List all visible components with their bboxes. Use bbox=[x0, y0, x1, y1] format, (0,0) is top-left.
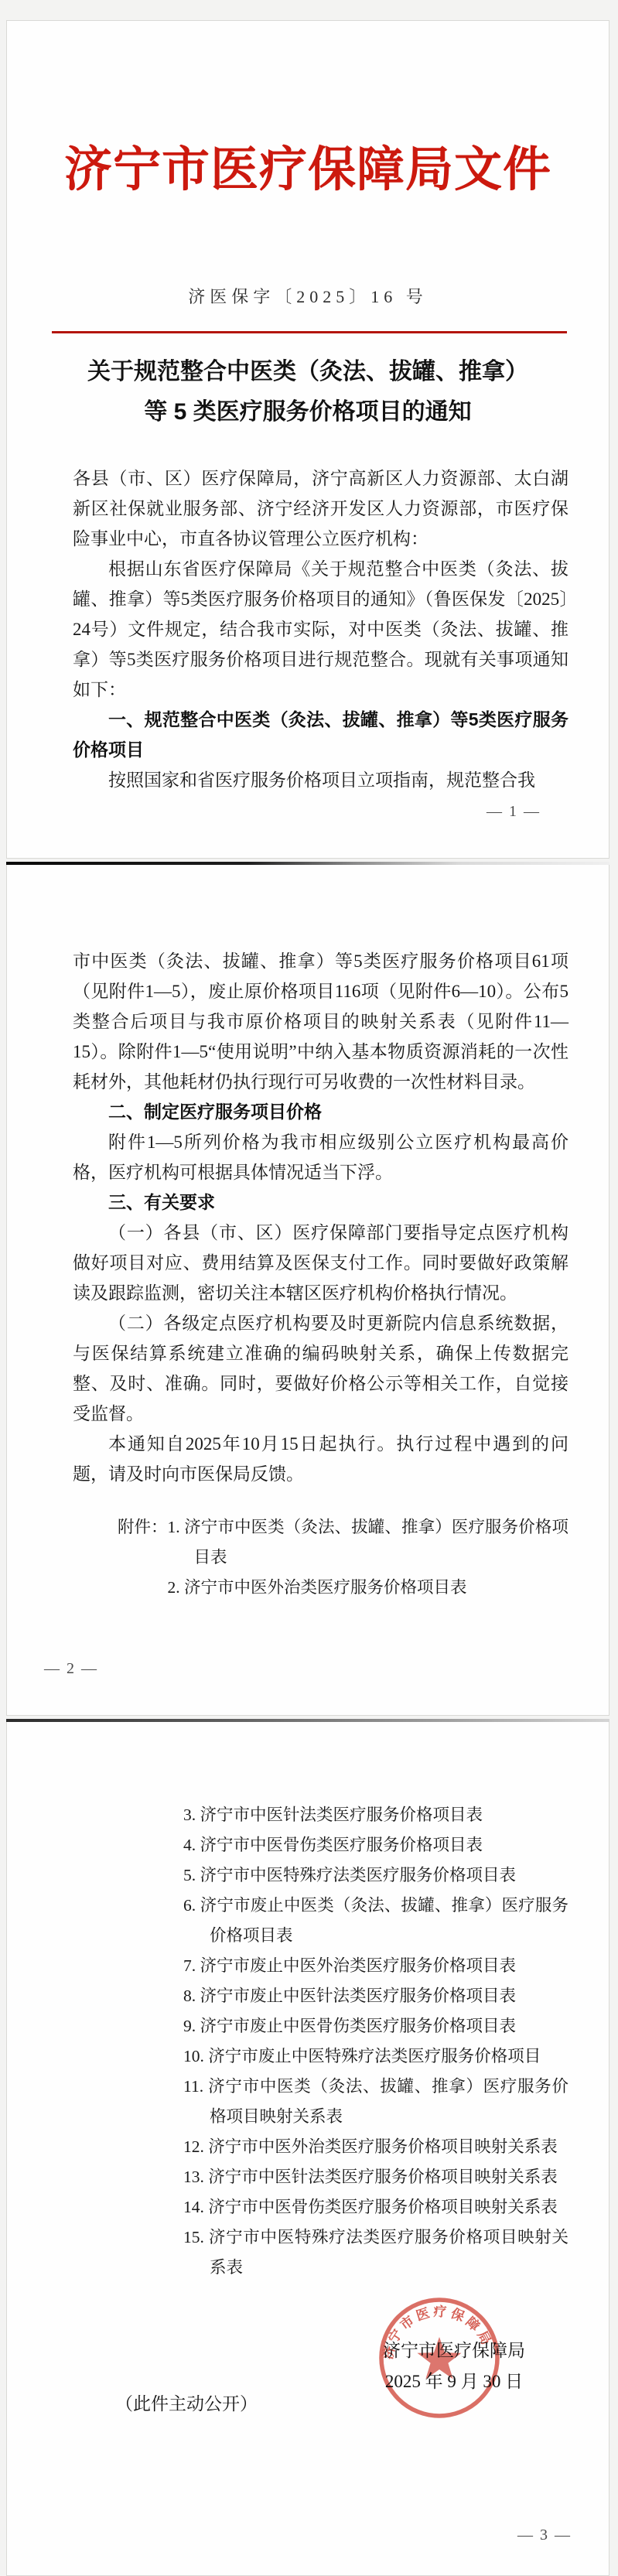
attachments-list-page3: 3. 济宁市中医针法类医疗服务价格项目表 4. 济宁市中医骨伤类医疗服务价格项目… bbox=[183, 1800, 568, 2283]
page3-body: 3. 济宁市中医针法类医疗服务价格项目表 4. 济宁市中医骨伤类医疗服务价格项目… bbox=[7, 1800, 609, 2283]
document-page-1: 济宁市医疗保障局文件 济医保字〔2025〕16 号 关于规范整合中医类（灸法、拔… bbox=[6, 20, 609, 859]
attachment-item: 14. 济宁市中医骨伤类医疗服务价格项目映射关系表 bbox=[183, 2192, 568, 2222]
section2-body: 附件1—5所列价格为我市相应级别公立医疗机构最高价格，医疗机构可根据具体情况适当… bbox=[73, 1127, 568, 1187]
requirement-item-2: （二）各级定点医疗机构要及时更新院内信息系统数据，与医保结算系统建立准确的编码映… bbox=[73, 1308, 568, 1429]
attachment-item: 13. 济宁市中医针法类医疗服务价格项目映射关系表 bbox=[183, 2162, 568, 2192]
salutation-paragraph: 各县（市、区）医疗保障局，济宁高新区人力资源部、太白湖新区社保就业服务部、济宁经… bbox=[73, 463, 568, 554]
attachment-item: 6. 济宁市废止中医类（灸法、拔罐、推拿）医疗服务价格项目表 bbox=[183, 1891, 568, 1951]
agency-header-title: 济宁市医疗保障局文件 bbox=[7, 146, 609, 194]
document-number: 济医保字〔2025〕16 号 bbox=[7, 284, 609, 308]
attachment-item: 3. 济宁市中医针法类医疗服务价格项目表 bbox=[183, 1800, 568, 1830]
disclosure-note: （此件主动公开） bbox=[115, 2390, 258, 2415]
document-title-line2: 等 5 类医疗服务价格项目的通知 bbox=[7, 392, 609, 432]
attachments-label: 附件： bbox=[118, 1512, 168, 1603]
section1-body-start: 按照国家和省医疗服务价格项目立项指南，规范整合我 bbox=[73, 765, 568, 795]
red-divider-rule bbox=[52, 331, 567, 333]
official-seal-stamp: 济宁市医疗保障局 bbox=[377, 2295, 502, 2421]
attachment-item: 2. 济宁市中医外治类医疗服务价格项目表 bbox=[168, 1573, 568, 1603]
attachment-item: 7. 济宁市废止中医外治类医疗服务价格项目表 bbox=[183, 1951, 568, 1981]
section3-heading: 三、有关要求 bbox=[73, 1187, 568, 1218]
attachment-item: 15. 济宁市中医特殊疗法类医疗服务价格项目映射关系表 bbox=[183, 2222, 568, 2283]
section1-body-continued: 市中医类（灸法、拔罐、推拿）等5类医疗服务价格项目61项（见附件1—5），废止原… bbox=[73, 946, 568, 1097]
basis-paragraph: 根据山东省医疗保障局《关于规范整合中医类（灸法、拔罐、推拿）等5类医疗服务价格项… bbox=[73, 554, 568, 705]
document-title-line1: 关于规范整合中医类（灸法、拔罐、推拿） bbox=[7, 352, 609, 392]
attachments-list-page2: 1. 济宁市中医类（灸法、拔罐、推拿）医疗服务价格项目表 2. 济宁市中医外治类… bbox=[168, 1512, 568, 1603]
section2-heading: 二、制定医疗服务项目价格 bbox=[73, 1097, 568, 1127]
attachment-item: 5. 济宁市中医特殊疗法类医疗服务价格项目表 bbox=[183, 1860, 568, 1891]
seal-star-icon bbox=[418, 2337, 462, 2379]
attachment-item: 1. 济宁市中医类（灸法、拔罐、推拿）医疗服务价格项目表 bbox=[168, 1512, 568, 1573]
section1-heading: 一、规范整合中医类（灸法、拔罐、推拿）等5类医疗服务价格项目 bbox=[73, 705, 568, 765]
attachment-item: 8. 济宁市废止中医针法类医疗服务价格项目表 bbox=[183, 1981, 568, 2011]
attachment-item: 10. 济宁市废止中医特殊疗法类医疗服务价格项目 bbox=[183, 2041, 568, 2072]
attachments-block: 附件： 1. 济宁市中医类（灸法、拔罐、推拿）医疗服务价格项目表 2. 济宁市中… bbox=[118, 1512, 568, 1603]
attachment-item: 11. 济宁市中医类（灸法、拔罐、推拿）医疗服务价格项目映射关系表 bbox=[183, 2072, 568, 2132]
attachment-item: 12. 济宁市中医外治类医疗服务价格项目映射关系表 bbox=[183, 2132, 568, 2162]
document-page-2: 市中医类（灸法、拔罐、推拿）等5类医疗服务价格项目61项（见附件1—5），废止原… bbox=[6, 862, 609, 1716]
requirement-item-1: （一）各县（市、区）医疗保障部门要指导定点医疗机构做好项目对应、费用结算及医保支… bbox=[73, 1218, 568, 1308]
attachment-item: 9. 济宁市废止中医骨伤类医疗服务价格项目表 bbox=[183, 2011, 568, 2041]
document-title: 关于规范整合中医类（灸法、拔罐、推拿） 等 5 类医疗服务价格项目的通知 bbox=[7, 352, 609, 432]
page2-body: 市中医类（灸法、拔罐、推拿）等5类医疗服务价格项目61项（见附件1—5），废止原… bbox=[7, 946, 609, 1603]
page-edge-shadow bbox=[6, 1719, 609, 1722]
page-number-3: — 3 — bbox=[517, 2526, 572, 2544]
page-number-1: — 1 — bbox=[487, 803, 541, 821]
document-page-3: 3. 济宁市中医针法类医疗服务价格项目表 4. 济宁市中医骨伤类医疗服务价格项目… bbox=[6, 1719, 609, 2576]
page-edge-shadow bbox=[6, 862, 609, 865]
page-number-2: — 2 — bbox=[44, 1660, 98, 1678]
closing-paragraph: 本通知自2025年10月15日起执行。执行过程中遇到的问题，请及时向市医保局反馈… bbox=[73, 1429, 568, 1489]
attachment-item: 4. 济宁市中医骨伤类医疗服务价格项目表 bbox=[183, 1830, 568, 1860]
page1-body: 各县（市、区）医疗保障局，济宁高新区人力资源部、太白湖新区社保就业服务部、济宁经… bbox=[7, 463, 609, 795]
